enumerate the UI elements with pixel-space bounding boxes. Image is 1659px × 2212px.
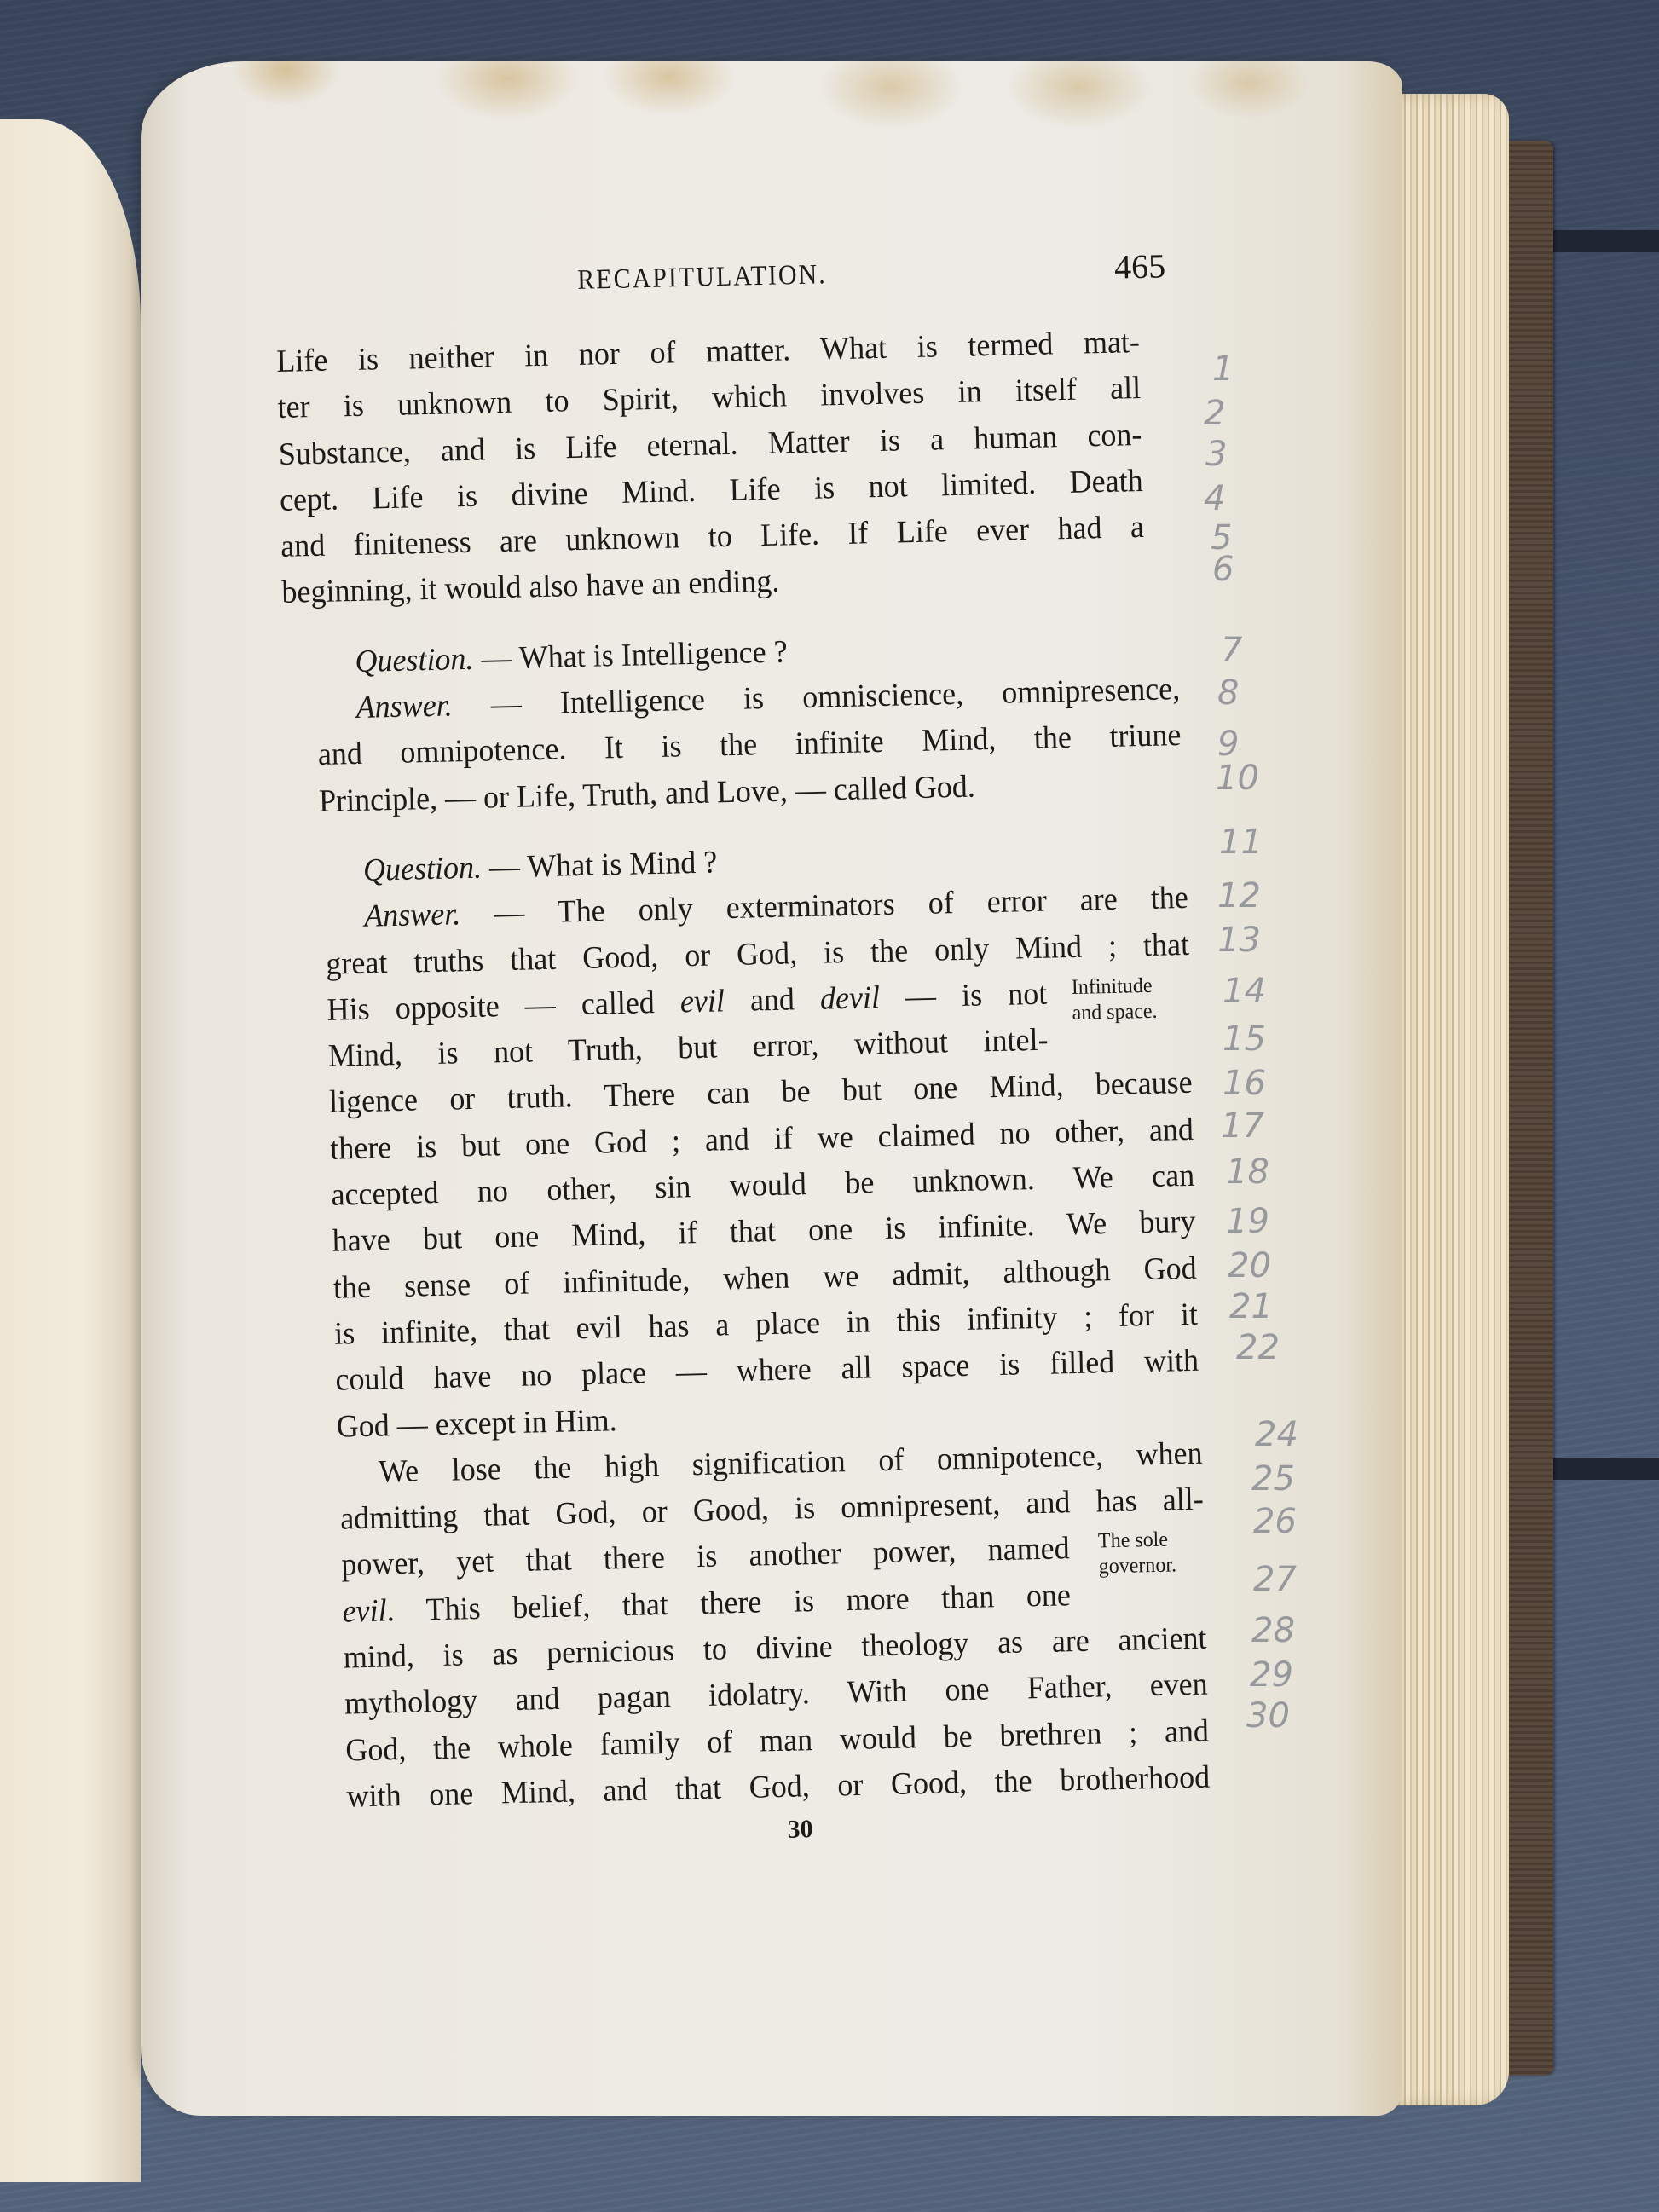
pencil-number: 25: [1251, 1459, 1295, 1499]
pencil-number: 28: [1251, 1611, 1295, 1650]
question-label: Question.: [363, 851, 483, 888]
water-stain: [141, 61, 1402, 155]
pencil-number: 8: [1217, 673, 1239, 713]
pencil-number: 20: [1228, 1246, 1271, 1285]
pencil-number: 22: [1236, 1328, 1280, 1367]
pencil-number: 30: [1246, 1696, 1290, 1736]
question-label: Question.: [355, 642, 474, 679]
pencil-number: 18: [1226, 1152, 1269, 1192]
marginal-note-sole-governor: The sole governor.: [1098, 1527, 1177, 1580]
pencil-number: 15: [1223, 1019, 1266, 1059]
pencil-number: 1: [1212, 349, 1234, 389]
qa-intelligence: Question. — What is Intelligence ? Answe…: [315, 621, 1182, 825]
pencil-number: 4: [1204, 479, 1225, 518]
marginal-note-infinitude: Infinitude and space.: [1072, 973, 1158, 1026]
paragraph-life: Life is neither in nor of matter. What i…: [276, 320, 1146, 617]
pencil-number: 19: [1226, 1202, 1269, 1241]
pencil-number: 17: [1221, 1106, 1264, 1146]
question-text: — What is Mind ?: [482, 845, 718, 885]
pencil-number: 21: [1229, 1287, 1273, 1326]
pencil-number: 16: [1223, 1064, 1266, 1103]
pencil-number: 14: [1223, 972, 1266, 1011]
board-gap: [1543, 1458, 1659, 1480]
emphasis-evil: evil: [679, 984, 725, 1019]
paragraph-omnipotence: We lose the high signification of omnipo…: [338, 1430, 1210, 1820]
pencil-number: 29: [1250, 1655, 1293, 1695]
pencil-number: 11: [1219, 823, 1263, 862]
pencil-number: 13: [1217, 921, 1261, 960]
pencil-number: 26: [1253, 1502, 1297, 1541]
emphasis-evil: evil: [342, 1593, 387, 1629]
page-number: 465: [1114, 245, 1166, 286]
running-title: RECAPITULATION.: [577, 259, 827, 297]
board-gap: [1543, 230, 1659, 252]
pencil-number: 12: [1217, 876, 1261, 915]
page-text: RECAPITULATION. 465 Life is neither in n…: [275, 251, 1265, 1856]
pencil-number: 24: [1255, 1415, 1298, 1454]
pencil-number: 2: [1204, 394, 1225, 433]
answer-label: Answer.: [355, 688, 453, 725]
pencil-number: 6: [1212, 550, 1234, 589]
left-page: [0, 119, 141, 2182]
qa-mind: Question. — What is Mind ? Answer. — The…: [323, 829, 1200, 1451]
emphasis-devil: devil: [820, 980, 881, 1017]
pencil-number: 7: [1221, 631, 1242, 670]
pencil-number: 27: [1253, 1560, 1297, 1599]
answer-label: Answer.: [364, 898, 461, 935]
pencil-number: 3: [1205, 435, 1227, 474]
question-text: — What is Intelligence ?: [473, 634, 788, 676]
pencil-number: 10: [1216, 759, 1259, 798]
